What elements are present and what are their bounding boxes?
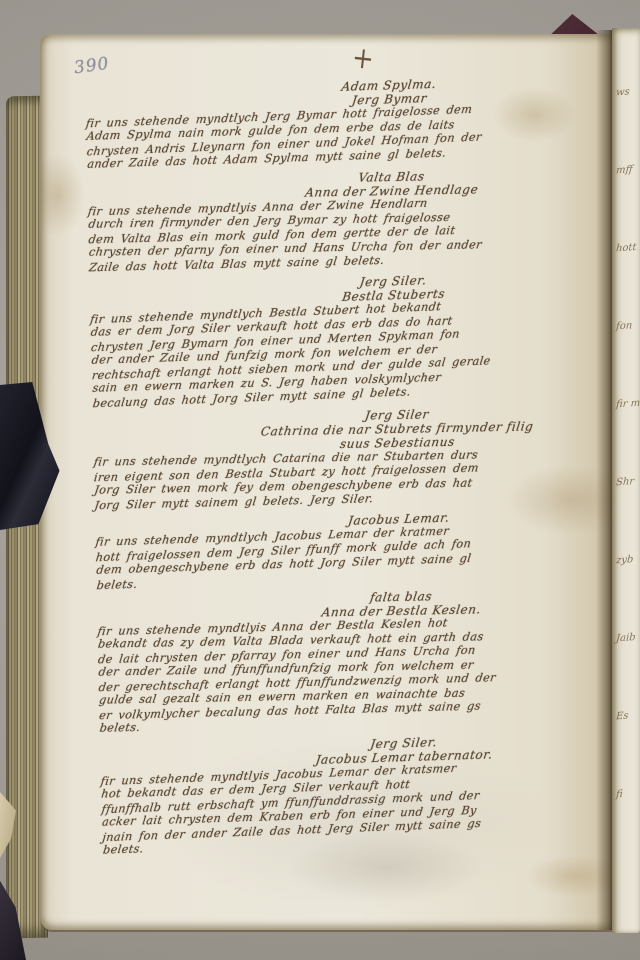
next-page-text-fragment: Es <box>616 709 640 723</box>
entry-3: Jerg Siler.Bestla Stubertsfir uns stehen… <box>89 268 585 409</box>
next-page-text-fragment: Jaib <box>616 631 640 645</box>
next-page-text-fragment: fon <box>616 319 640 333</box>
next-page-strip: wsmffhottfonfir mShrzybJaibEsfi <box>612 28 640 933</box>
entry-4: Jerg SilerCathrina die nar Stubrets firm… <box>93 404 587 511</box>
next-page-text-fragment: Shr <box>616 475 640 489</box>
entry-6: falta blasAnna der Bestla Keslen.fir uns… <box>97 586 592 735</box>
next-page-text-fragment: fi <box>616 787 640 801</box>
next-page-text-fragment: hott <box>616 241 640 255</box>
entry-2: Valta BlasAnna der Zwine Hendlagefir uns… <box>87 166 581 273</box>
entry-1: Adam Spylma.Jerg Bymarfir uns stehende m… <box>85 72 579 171</box>
cross-mark: + <box>350 41 375 78</box>
next-page-text-fragment: zyb <box>616 553 640 567</box>
entry-5: Jacobus Lemar.fir uns stehende myndtlych… <box>95 506 589 591</box>
manuscript-text: Adam Spylma.Jerg Bymarfir uns stehende m… <box>85 75 595 863</box>
entry-7: Jerg Siler.Jacobus Lemar tabernator.fir … <box>100 730 595 857</box>
